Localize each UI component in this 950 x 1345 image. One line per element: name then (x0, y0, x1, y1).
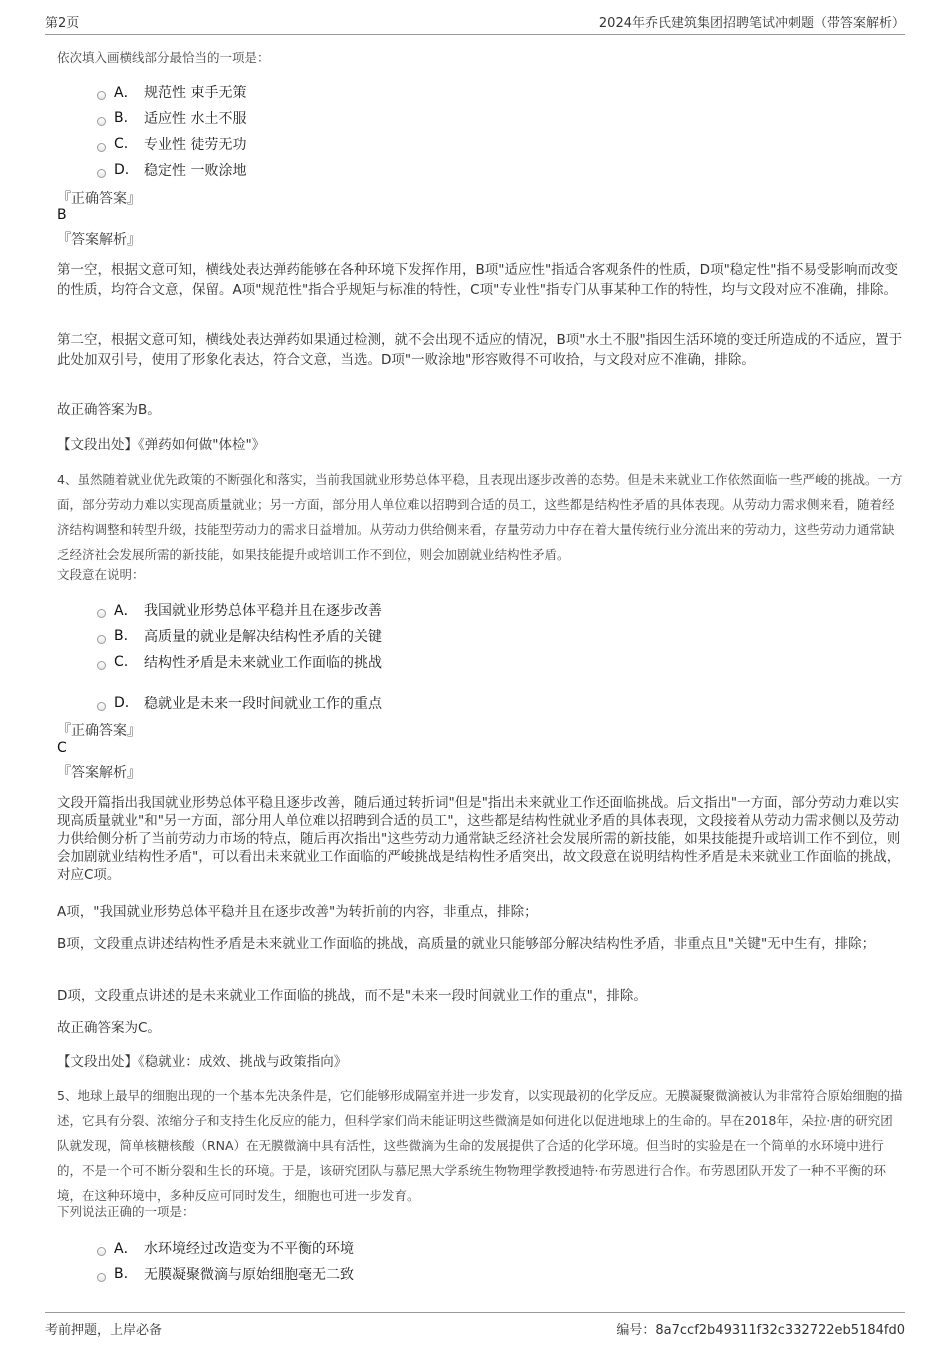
q4-analysis-option-d: D项，文段重点讲述的是未来就业工作面临的挑战，而不是"未来一段时间就业工作的重点… (57, 986, 905, 1006)
document-id: 编号：8a7ccf2b49311f32c332722eb5184fd0 (616, 1319, 905, 1338)
q4-analysis-conclusion: 故正确答案为C。 (57, 1018, 905, 1038)
q4-analysis-option-a: A项，"我国就业形势总体平稳并且在逐步改善"为转折前的内容，非重点，排除； (57, 902, 905, 922)
q4-correct-answer: C (57, 740, 905, 756)
q5-option-a[interactable]: A． 水环境经过改造变为不平衡的环境 (97, 1238, 354, 1258)
q3-prompt: 依次填入画横线部分最恰当的一项是： (57, 45, 905, 70)
page-header: 第2页 2024年乔氏建筑集团招聘笔试冲刺题（带答案解析） (45, 12, 905, 35)
q4-option-d[interactable]: D. 稳就业是未来一段时间就业工作的重点 (97, 693, 382, 713)
q3-analysis-p2: 第二空，根据文意可知，横线处表达弹药如果通过检测，就不会出现不适应的情况，B项"… (57, 330, 905, 370)
page-number: 第2页 (45, 12, 79, 31)
q4-correct-answer-label: 『正确答案』 (57, 720, 905, 740)
radio-icon[interactable] (97, 1247, 106, 1256)
radio-icon[interactable] (97, 117, 106, 126)
q4-stem: 4、虽然随着就业优先政策的不断强化和落实，当前我国就业形势总体平稳，且表现出逐步… (57, 467, 905, 567)
radio-icon[interactable] (97, 702, 106, 711)
q4-source: 【文段出处】《稳就业：成效、挑战与政策指向》 (57, 1052, 905, 1072)
q3-option-c[interactable]: C. 专业性 徒劳无功 (97, 134, 246, 154)
document-title: 2024年乔氏建筑集团招聘笔试冲刺题（带答案解析） (599, 12, 905, 31)
q5-stem: 5、地球上最早的细胞出现的一个基本先决条件是，它们能够形成隔室并进一步发育，以实… (57, 1083, 905, 1208)
radio-icon[interactable] (97, 661, 106, 670)
radio-icon[interactable] (97, 91, 106, 100)
radio-icon[interactable] (97, 1273, 106, 1282)
q4-option-b[interactable]: B. 高质量的就业是解决结构性矛盾的关键 (97, 626, 382, 646)
q3-option-b[interactable]: B. 适应性 水土不服 (97, 108, 246, 128)
q3-analysis-p1: 第一空，根据文意可知，横线处表达弹药能够在各种环境下发挥作用，B项"适应性"指适… (57, 260, 905, 300)
q4-option-a[interactable]: A． 我国就业形势总体平稳并且在逐步改善 (97, 600, 382, 620)
q4-option-c[interactable]: C. 结构性矛盾是未来就业工作面临的挑战 (97, 652, 382, 672)
q4-analysis-label: 『答案解析』 (57, 762, 905, 782)
q3-analysis-conclusion: 故正确答案为B。 (57, 400, 905, 420)
q4-prompt: 文段意在说明： (57, 562, 905, 587)
q5-prompt: 下列说法正确的一项是： (57, 1199, 905, 1224)
radio-icon[interactable] (97, 609, 106, 618)
footer-slogan: 考前押题，上岸必备 (45, 1319, 162, 1338)
q3-correct-answer-label: 『正确答案』 (57, 188, 905, 208)
q3-analysis-label: 『答案解析』 (57, 229, 905, 249)
document-id-value: 8a7ccf2b49311f32c332722eb5184fd0 (655, 1323, 905, 1338)
page-footer: 考前押题，上岸必备 编号：8a7ccf2b49311f32c332722eb51… (45, 1312, 905, 1338)
q3-option-d[interactable]: D. 稳定性 一败涂地 (97, 160, 246, 180)
q4-analysis-p1: 文段开篇指出我国就业形势总体平稳且逐步改善，随后通过转折词"但是"指出未来就业工… (57, 794, 905, 884)
radio-icon[interactable] (97, 635, 106, 644)
radio-icon[interactable] (97, 169, 106, 178)
q3-source: 【文段出处】《弹药如何做"体检"》 (57, 435, 905, 455)
q5-option-b[interactable]: B. 无膜凝聚微滴与原始细胞毫无二致 (97, 1264, 354, 1284)
document-id-label: 编号： (616, 1323, 655, 1338)
q3-option-a[interactable]: A． 规范性 束手无策 (97, 82, 246, 102)
radio-icon[interactable] (97, 143, 106, 152)
q4-analysis-option-b: B项，文段重点讲述结构性矛盾是未来就业工作面临的挑战，高质量的就业只能够部分解决… (57, 934, 905, 954)
q3-correct-answer: B (57, 207, 905, 223)
